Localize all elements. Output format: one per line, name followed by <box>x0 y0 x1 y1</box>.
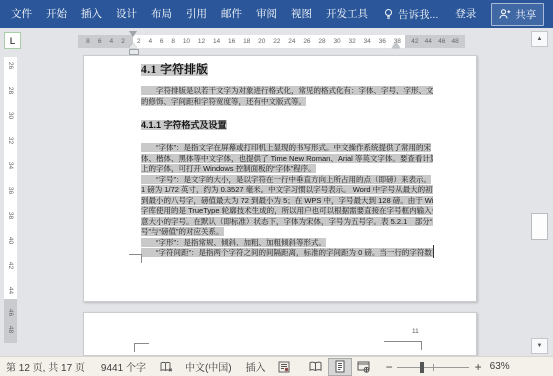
text-line[interactable]: 意大小的字号。在默认（即标准）状态下，字体为宋体，字号为五号字。表 5.2.1 … <box>141 217 433 228</box>
language-indicator[interactable]: 中文(中国) <box>185 359 232 374</box>
section-heading[interactable]: 4.1 字符排版 <box>141 61 208 77</box>
ruler-number: 30 <box>333 38 340 45</box>
zoom-percentage[interactable]: 63% <box>490 361 510 372</box>
scrollbar-down-button[interactable]: ▼ <box>531 338 548 354</box>
tab-selector-icon[interactable]: L <box>4 32 21 49</box>
text-line[interactable]: 号”与“磅值”的对应关系。 <box>141 227 433 238</box>
text-line[interactable]: “字形”：是指常规、倾斜、加粗、加粗倾斜等形式。 <box>141 238 433 249</box>
zoom-out-button[interactable]: − <box>386 360 393 374</box>
sign-in-button[interactable]: 登录 <box>448 0 483 28</box>
ruler-number: 46 <box>7 306 14 319</box>
page-number: 11 <box>412 328 419 335</box>
ruler-number: 48 <box>452 38 459 45</box>
print-layout-button[interactable] <box>328 358 352 376</box>
ruler-number: 22 <box>273 38 280 45</box>
tell-me-label: 告诉我... <box>398 7 438 22</box>
paragraph-intro[interactable]: 字符排版是以若干文字为对象进行格式化，常见的格式化有：字体、字号、字形、文字的修… <box>141 86 433 107</box>
ruler-number: 34 <box>364 38 371 45</box>
ruler-number: 32 <box>7 134 14 147</box>
text-line[interactable]: “字号”：是文字的大小，是以字符在一行中垂直方向上所占用的点（即磅）来表示。 <box>141 175 433 186</box>
view-buttons <box>304 358 376 376</box>
ruler-number: 12 <box>198 38 205 45</box>
tab-design[interactable]: 设计 <box>109 0 144 28</box>
share-label: 共享 <box>515 7 536 22</box>
web-layout-button[interactable] <box>352 358 376 376</box>
ruler-number: 36 <box>379 38 386 45</box>
tab-home[interactable]: 开始 <box>39 0 74 28</box>
text-line[interactable]: 的修饰、字间距和字符宽度等，还有中文版式等。 <box>141 97 433 108</box>
first-line-indent-marker[interactable] <box>129 31 137 37</box>
proofing-error-icon[interactable] <box>160 361 173 373</box>
ruler-number: 44 <box>7 284 14 297</box>
ruler-number: 8 <box>171 38 175 45</box>
text-line[interactable]: 1 磅为 1/72 英寸，约为 0.3527 毫米。中文字习惯以字号表示。 Wo… <box>141 185 433 196</box>
tab-layout[interactable]: 布局 <box>144 0 179 28</box>
ruler-number: 34 <box>7 159 14 172</box>
ruler-number: 44 <box>425 38 432 45</box>
scrollbar-thumb[interactable] <box>531 213 548 240</box>
ruler-number: 28 <box>7 84 14 97</box>
ruler-number: 14 <box>213 38 220 45</box>
ribbon-tab-bar: 文件 开始 插入 设计 布局 引用 邮件 审阅 视图 开发工具 告诉我... 登… <box>0 0 553 28</box>
ruler-number: 18 <box>243 38 250 45</box>
ruler-number: 26 <box>7 59 14 72</box>
word-window: 文件 开始 插入 设计 布局 引用 邮件 审阅 视图 开发工具 告诉我... 登… <box>0 0 553 376</box>
vertical-ruler[interactable]: 26283032343638404244 4648 <box>4 57 17 343</box>
lightbulb-icon <box>383 8 394 20</box>
word-count[interactable]: 9441 个字 <box>101 359 146 374</box>
scrollbar-up-button[interactable]: ▲ <box>531 31 548 47</box>
ruler-number: 2 <box>137 38 141 45</box>
ruler-number: 48 <box>7 323 14 336</box>
ruler-number: 8 <box>86 38 90 45</box>
tell-me-box[interactable]: 告诉我... <box>383 7 438 22</box>
ruler-number: 10 <box>183 38 190 45</box>
tab-view[interactable]: 视图 <box>284 0 319 28</box>
selected-heading-text: 4.1 字符排版 <box>141 64 208 76</box>
document-page-2[interactable]: 11 <box>83 312 477 356</box>
ruler-text-area: 2468101214161820222426283032343638 <box>133 35 405 48</box>
tab-review[interactable]: 审阅 <box>249 0 284 28</box>
ruler-left-margin: 8642 <box>78 35 133 48</box>
zoom-in-button[interactable]: + <box>475 360 482 374</box>
insert-mode-indicator[interactable]: 插入 <box>246 359 266 374</box>
status-bar: 第 12 页, 共 17 页 9441 个字 中文(中国) 插入 <box>0 356 553 376</box>
ruler-number: 6 <box>160 38 164 45</box>
vertical-ruler-margin: 4648 <box>4 299 17 343</box>
tab-references[interactable]: 引用 <box>179 0 214 28</box>
text-line[interactable]: “字体”：是指文字在屏幕或打印机上显现的书写形式。中文操作系统提供了常用的宋 <box>141 143 433 154</box>
page-indicator[interactable]: 第 12 页, 共 17 页 <box>6 359 85 374</box>
ruler-number: 42 <box>411 38 418 45</box>
paragraph-body[interactable]: “字体”：是指文字在屏幕或打印机上显现的书写形式。中文操作系统提供了常用的宋体、… <box>141 143 433 259</box>
zoom-slider-thumb[interactable] <box>420 362 424 373</box>
hanging-indent-marker[interactable] <box>129 43 137 48</box>
ruler-number: 4 <box>110 38 114 45</box>
ruler-number: 42 <box>7 259 14 272</box>
text-line[interactable]: 上的字体，可打开 Windows 控制面板的“字体”程序。 <box>141 164 433 175</box>
subsection-heading[interactable]: 4.1.1 字符格式及设置 <box>141 118 227 131</box>
ruler-number: 4 <box>148 38 152 45</box>
selected-heading-text: 4.1.1 字符格式及设置 <box>141 120 227 130</box>
ruler-number: 46 <box>438 38 445 45</box>
margin-corner-mark <box>384 341 422 350</box>
tab-file[interactable]: 文件 <box>4 0 39 28</box>
share-button[interactable]: 共享 <box>491 3 544 26</box>
text-line[interactable]: 字符排版是以若干文字为对象进行格式化，常见的格式化有：字体、字号、字形、文字 <box>141 86 433 97</box>
ruler-number: 30 <box>7 109 14 122</box>
macro-record-icon[interactable] <box>278 361 290 373</box>
margin-corner-mark <box>134 343 149 352</box>
ruler-number: 28 <box>318 38 325 45</box>
ruler-number: 16 <box>228 38 235 45</box>
ruler-number: 2 <box>121 38 125 45</box>
tab-mailings[interactable]: 邮件 <box>214 0 249 28</box>
ruler-number: 36 <box>7 184 14 197</box>
ruler-number: 24 <box>288 38 295 45</box>
text-line[interactable]: “字符间距”：是指两个字符之间的间隔距离，标准的字间距为 0 磅。当一行的字符数… <box>141 248 433 259</box>
share-person-icon <box>499 8 511 20</box>
text-line[interactable]: 到最小的八号字，磅值最大为 72 到最小为 5；在 WPS 中，字号最大到 12… <box>141 196 433 207</box>
text-line[interactable]: 体、楷体、黑体等中文字体，也提供了 Time New Roman、Arial 等… <box>141 154 433 165</box>
vertical-ruler-text-area: 26283032343638404244 <box>4 57 17 299</box>
document-page-1[interactable]: 4.1 字符排版 字符排版是以若干文字为对象进行格式化，常见的格式化有：字体、字… <box>83 55 477 302</box>
margin-corner-mark <box>129 254 142 263</box>
ruler-number: 32 <box>349 38 356 45</box>
tab-insert[interactable]: 插入 <box>74 0 109 28</box>
read-mode-button[interactable] <box>304 358 328 376</box>
ruler-right-margin: 42444648 <box>405 35 465 48</box>
tab-developer[interactable]: 开发工具 <box>319 0 375 28</box>
zoom-slider[interactable] <box>397 361 469 373</box>
ruler-number: 6 <box>98 38 102 45</box>
ruler-number: 38 <box>7 209 14 222</box>
ruler-number: 20 <box>258 38 265 45</box>
ruler-number: 26 <box>303 38 310 45</box>
right-indent-marker[interactable] <box>392 42 400 48</box>
text-line[interactable]: 字库使用的是 TrueType 轮廓技术生成的，所以用户也可以根据需要直接在字号… <box>141 206 433 217</box>
text-cursor <box>433 245 434 258</box>
ruler-number: 40 <box>7 234 14 247</box>
